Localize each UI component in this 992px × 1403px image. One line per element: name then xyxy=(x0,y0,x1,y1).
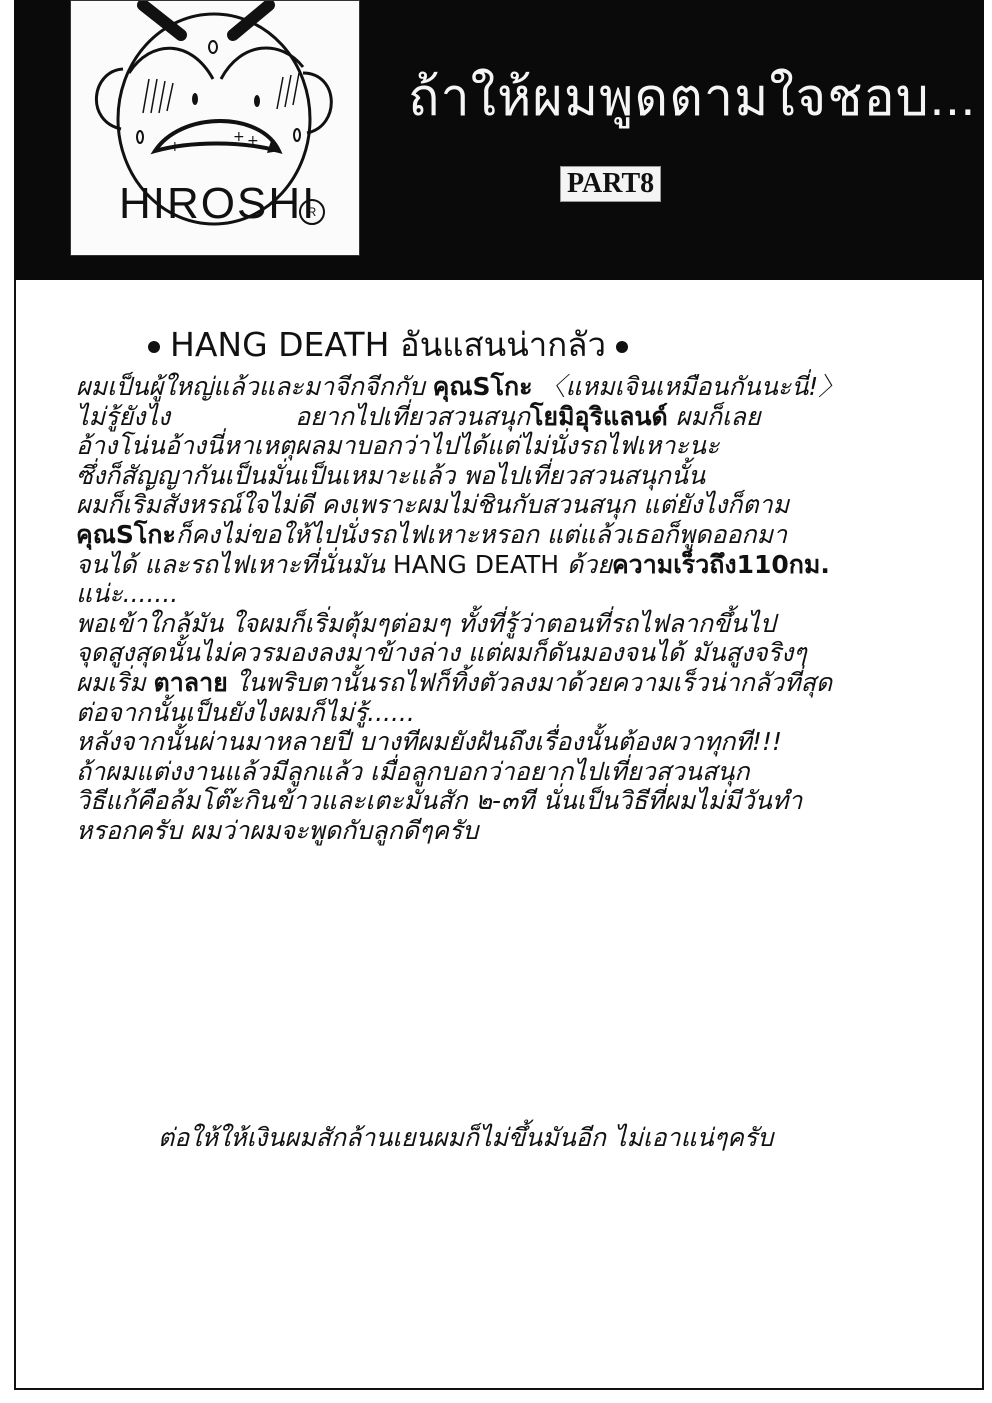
article-line: ผมก็เริ่มสังหรณ์ใจไม่ดี คงเพราะผมไม่ชินก… xyxy=(76,490,986,520)
registered-mark-icon: R xyxy=(299,199,325,225)
article-line: ไม่รู้ยังไงอยากไปเที่ยวสวนสนุกโยมิอุริแล… xyxy=(76,402,986,432)
text-segment: ถ้าผมแต่งงานแล้วมีลูกแล้ว เมื่อลูกบอกว่า… xyxy=(76,757,749,786)
text-segment: หรอกครับ ผมว่าผมจะพูดกับลูกดีๆครับ xyxy=(76,816,478,845)
text-segment: 〈แหมเจินเหมือนกันนะนี่!〉 xyxy=(533,372,844,401)
text-segment: ก็คงไม่ขอให้ไปนั่งรถไฟเหาะหรอก แต่แล้วเธ… xyxy=(176,520,787,549)
article-line: หรอกครับ ผมว่าผมจะพูดกับลูกดีๆครับ xyxy=(76,816,986,846)
article-line: พอเข้าใกล้มัน ใจผมก็เริ่มตุ้มๆต่อมๆ ทั้ง… xyxy=(76,609,986,639)
text-segment: ซึ่งก็สัญญากันเป็นมั่นเป็นเหมาะแล้ว พอไป… xyxy=(76,461,705,490)
text-segment: ต่อจากนั้นเป็นยังไงผมก็ไม่รู้...... xyxy=(76,698,415,727)
text-segment: ด้วย xyxy=(559,550,612,579)
emphasized-text: ตาลาย xyxy=(154,668,228,697)
text-segment: แน่ะ....... xyxy=(76,579,178,608)
text-segment: อยากไปเที่ยวสวนสนุก xyxy=(295,402,530,431)
article-line: ผมเริ่ม ตาลาย ในพริบตานั้นรถไฟก็ทิ้งตัวล… xyxy=(76,668,986,698)
article-line: วิธีแก้คือล้มโต๊ะกินข้าวและเตะมันสัก ๒-๓… xyxy=(76,786,986,816)
svg-text:+: + xyxy=(233,129,245,145)
text-segment: อ้างโน่นอ้างนี่หาเหตุผลมาบอกว่าไปได้แต่ไ… xyxy=(76,431,719,460)
article-line: แน่ะ....... xyxy=(76,579,986,609)
article-line: อ้างโน่นอ้างนี่หาเหตุผลมาบอกว่าไปได้แต่ไ… xyxy=(76,431,986,461)
article-line: หลังจากนั้นผ่านมาหลายปี บางทีผมยังฝันถึง… xyxy=(76,727,986,757)
bullet-icon xyxy=(148,341,160,353)
article-line: ผมเป็นผู้ใหญ่แล้วและมาจีกจีกกับ คุณSโกะ … xyxy=(76,372,986,402)
section-heading: HANG DEATH อันแสนน่ากลัว xyxy=(138,318,638,371)
emphasized-text: โยมิอุริแลนด์ xyxy=(530,402,668,431)
article-line: จนได้ และรถไฟเหาะที่นั่นมัน HANG DEATH ด… xyxy=(76,550,986,580)
author-avatar: + + + HIROSHI R xyxy=(70,0,360,256)
svg-text:+: + xyxy=(169,139,181,155)
closing-line: ต่อให้ให้เงินผมสักล้านเยนผมก็ไม่ขึ้นมันอ… xyxy=(158,1118,773,1158)
article-line: ต่อจากนั้นเป็นยังไงผมก็ไม่รู้...... xyxy=(76,698,986,728)
section-heading-text: HANG DEATH อันแสนน่ากลัว xyxy=(170,325,606,364)
text-segment: ผมเริ่ม xyxy=(76,668,154,697)
text-segment: ผมก็เริ่มสังหรณ์ใจไม่ดี คงเพราะผมไม่ชินก… xyxy=(76,490,789,519)
article-line: จุดสูงสุดนั้นไม่ควรมองลงมาข้างล่าง แต่ผม… xyxy=(76,638,986,668)
article-line: ถ้าผมแต่งงานแล้วมีลูกแล้ว เมื่อลูกบอกว่า… xyxy=(76,757,986,787)
text-segment: ไม่รู้ยังไง xyxy=(76,402,170,431)
text-segment: จุดสูงสุดนั้นไม่ควรมองลงมาข้างล่าง แต่ผม… xyxy=(76,638,807,667)
article-line: ซึ่งก็สัญญากันเป็นมั่นเป็นเหมาะแล้ว พอไป… xyxy=(76,461,986,491)
author-signature: HIROSHI xyxy=(119,179,316,229)
part-badge: PART8 xyxy=(560,166,661,202)
text-segment: HANG DEATH xyxy=(393,550,559,579)
svg-text:+: + xyxy=(247,133,259,149)
article-line: คุณSโกะก็คงไม่ขอให้ไปนั่งรถไฟเหาะหรอก แต… xyxy=(76,520,986,550)
text-segment: พอเข้าใกล้มัน ใจผมก็เริ่มตุ้มๆต่อมๆ ทั้ง… xyxy=(76,609,776,638)
emphasized-text: คุณSโกะ xyxy=(76,520,176,549)
text-segment: ในพริบตานั้นรถไฟก็ทิ้งตัวลงมาด้วยความเร็… xyxy=(228,668,832,697)
text-segment: วิธีแก้คือล้มโต๊ะกินข้าวและเตะมันสัก ๒-๓… xyxy=(76,786,802,815)
text-segment: ผมเป็นผู้ใหญ่แล้วและมาจีกจีกกับ xyxy=(76,372,433,401)
text-segment: หลังจากนั้นผ่านมาหลายปี บางทีผมยังฝันถึง… xyxy=(76,727,782,756)
text-segment: จนได้ และรถไฟเหาะที่นั่นมัน xyxy=(76,550,393,579)
bullet-icon xyxy=(616,341,628,353)
emphasized-text: ความเร็วถึง110กม. xyxy=(612,550,830,579)
column-title: ถ้าให้ผมพูดตามใจชอบ... xyxy=(408,55,968,138)
emphasized-text: คุณSโกะ xyxy=(433,372,533,401)
text-segment: ผมก็เลย xyxy=(668,402,761,431)
article-body: ผมเป็นผู้ใหญ่แล้วและมาจีกจีกกับ คุณSโกะ … xyxy=(76,372,986,846)
